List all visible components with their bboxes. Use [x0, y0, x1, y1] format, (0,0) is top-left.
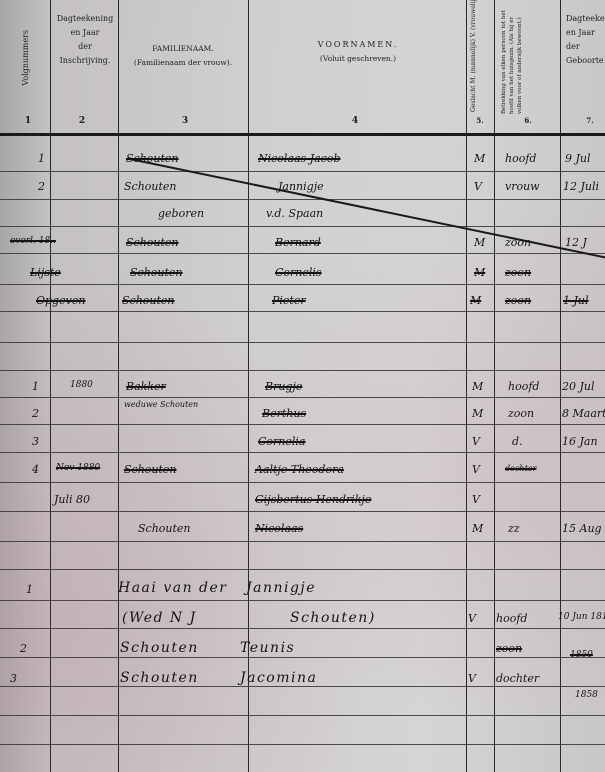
relation: zoon [505, 236, 531, 249]
row-rule [0, 744, 605, 745]
row-number: 2 [20, 642, 27, 655]
birth-date: 12 J [565, 236, 587, 249]
header-col1-num: 1 [18, 116, 38, 126]
sex: V [472, 493, 480, 506]
family-name: Schouten [126, 152, 179, 165]
given-names: Nicolaas Jacob [258, 152, 341, 165]
header-col7-num: 7. [580, 116, 600, 125]
header-familienaam: FAMILIENAAM. [118, 42, 248, 56]
row-rule [0, 397, 605, 398]
header-col4-num: 4 [345, 116, 365, 126]
sex: V [474, 180, 482, 193]
header-col6-num: 6. [518, 116, 538, 125]
header-col2-line: Dagteekening [52, 12, 118, 26]
sex: V [472, 463, 480, 476]
registration-date: Nov 1880 [56, 463, 100, 473]
header-col7-line: en Jaar [566, 26, 605, 40]
relation: zoon [508, 407, 534, 420]
row-rule [0, 171, 605, 172]
given-names: Aaltje Theodora [255, 463, 344, 476]
given-names: Teunis [240, 640, 295, 656]
header-col2-num: 2 [72, 116, 92, 126]
row-rule [0, 342, 605, 343]
row-number: 4 [32, 463, 39, 476]
family-name: Schouten [120, 670, 199, 686]
row-rule [0, 541, 605, 542]
header-geslacht: Geslacht M. (mannelijk) V. (vrouwelijk) [470, 12, 478, 112]
family-name: Schouten [138, 522, 191, 535]
header-voornamen-sub: (Voluit geschreven.) [250, 52, 466, 66]
header-col4: VOORNAMEN. (Voluit geschreven.) [250, 38, 466, 66]
header-col3-num: 3 [175, 116, 195, 126]
row-rule [0, 569, 605, 570]
row-rule [0, 226, 605, 227]
family-name: Schouten [120, 640, 199, 656]
given-names: Brugje [265, 380, 302, 393]
birth-date: 16 Jan [562, 435, 598, 448]
given-names: Bernard [275, 236, 321, 249]
header-col7-line: der [566, 40, 605, 54]
sex: M [474, 266, 485, 279]
row-rule [0, 657, 605, 658]
header-col2-line: der [52, 40, 118, 54]
given-names: Jannigje [278, 180, 324, 193]
header-col3: FAMILIENAAM. (Familienaam der vrouw). [118, 42, 248, 70]
birth-date: 15 Aug [562, 522, 602, 535]
row-rule [0, 199, 605, 200]
register-page: Volgnummers 1 Dagteekening en Jaar der I… [0, 0, 605, 772]
registration-date: Juli 80 [54, 493, 90, 506]
relation: zoon [496, 642, 522, 655]
family-name: (Wed N J [122, 610, 197, 626]
relation: hoofd [508, 380, 539, 393]
given-names: Schouten) [290, 610, 376, 626]
row-rule [0, 253, 605, 254]
given-names: Nicolaas [255, 522, 303, 535]
family-name: Schouten [124, 180, 177, 193]
sex: V [472, 435, 480, 448]
sex: V [468, 612, 476, 625]
header-col7: Dagteekening en Jaar der Geboorte [562, 12, 605, 68]
sex: M [474, 152, 485, 165]
row-number: 3 [32, 435, 39, 448]
birth-date: 12 Juli [563, 180, 599, 193]
row-rule [0, 284, 605, 285]
registration-date: Opgeven [36, 294, 85, 307]
header-col7-line: Dagteekening [566, 12, 605, 26]
row-number: 3 [10, 672, 17, 685]
relation: zoon [505, 266, 531, 279]
sex: M [470, 294, 481, 307]
row-rule [0, 628, 605, 629]
header-col2-line: en Jaar [52, 26, 118, 40]
sex: M [472, 380, 483, 393]
given-names: Cornelis [275, 266, 322, 279]
family-name: Haai van der [118, 580, 228, 596]
row-rule [0, 311, 605, 312]
given-names: Jacomina [240, 670, 317, 686]
relation: vrouw [505, 180, 540, 193]
relation: d. [512, 435, 523, 448]
relation: dochter [505, 464, 536, 473]
header-col5-num: 5. [470, 116, 490, 125]
row-number: 2 [32, 407, 39, 420]
row-rule [0, 482, 605, 483]
birth-date: 10 Jun 1815 [558, 612, 605, 622]
family-name: geboren [158, 207, 204, 220]
relation: hoofd [505, 152, 536, 165]
row-rule [0, 600, 605, 601]
relation: zoon [505, 294, 531, 307]
header-rule [0, 133, 605, 136]
relation: dochter [496, 672, 539, 685]
given-names: Gijsbertus Hendrikje [255, 493, 371, 506]
given-names: Jannigje [246, 580, 316, 596]
sex: M [472, 407, 483, 420]
birth-date: 8 Maart [562, 407, 605, 420]
sex: M [474, 236, 485, 249]
header-geslacht-label: Geslacht [470, 85, 477, 112]
birth-date: 1858 [575, 690, 598, 700]
header-familienaam-sub: (Familienaam der vrouw). [118, 56, 248, 70]
sex: M [472, 522, 483, 535]
given-names: v.d. Spaan [266, 207, 323, 220]
family-name: Schouten [126, 236, 179, 249]
row-number: 1 [26, 583, 33, 596]
registration-date: 1880 [70, 380, 93, 390]
header-col2: Dagteekening en Jaar der Inschrijving. [52, 12, 118, 68]
family-name: Schouten [124, 463, 177, 476]
birth-date: 1850 [570, 650, 593, 660]
row-number: 1 [32, 380, 39, 393]
given-names: Pieter [272, 294, 306, 307]
sex: V [468, 672, 476, 685]
row-rule [0, 686, 605, 687]
family-name: Schouten [130, 266, 183, 279]
birth-date: 20 Jul [562, 380, 595, 393]
row-number: 2 [38, 180, 45, 193]
family-name: Schouten [122, 294, 175, 307]
header-col7-line: Geboorte [566, 54, 605, 68]
relation: hoofd [496, 612, 527, 625]
birth-date: 1 Jul [563, 294, 589, 307]
header-geslacht-sub: M. (mannelijk) V. (vrouwelijk) [470, 0, 477, 84]
family-name: weduwe Schouten [124, 400, 198, 409]
family-name: Bakker [126, 380, 166, 393]
row-rule [0, 370, 605, 371]
row-number: 1 [38, 152, 45, 165]
header-voornamen: VOORNAMEN. [250, 38, 466, 52]
birth-date: 9 Jul [565, 152, 591, 165]
given-names: Berthus [262, 407, 306, 420]
registration-date: Lijste [30, 266, 61, 279]
row-rule [0, 511, 605, 512]
header-volgnummers: Volgnummers [22, 30, 30, 86]
row-rule [0, 452, 605, 453]
header-col2-line: Inschrijving. [52, 54, 118, 68]
relation: zz [508, 522, 520, 535]
given-names: Cornelia [258, 435, 306, 448]
row-rule [0, 424, 605, 425]
header-betrekking: Betrekking van elken persoon tot het hoo… [500, 6, 556, 114]
row-rule [0, 715, 605, 716]
registration-date: overl. 18.. [10, 236, 56, 246]
